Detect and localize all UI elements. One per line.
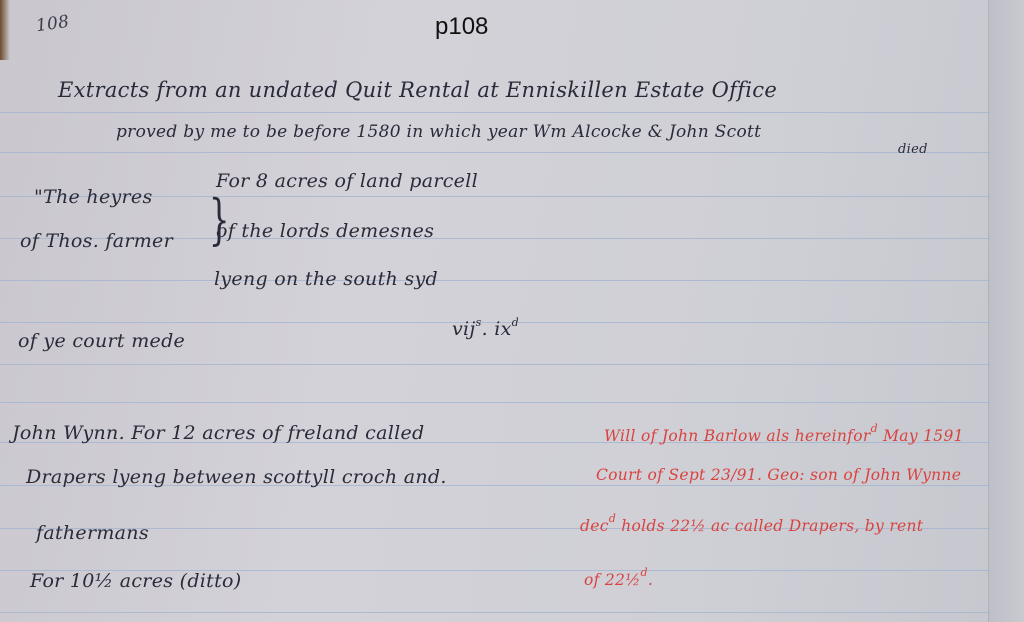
adjacent-page-edge: [988, 0, 1024, 622]
red-note-line-4: of 22½d.: [584, 566, 653, 589]
red-note-line-1-sup: d: [871, 422, 878, 435]
rent-d-sup: d: [512, 316, 519, 329]
rule-line: [0, 612, 990, 613]
entry1-desc-line-1: For 8 acres of land parcell: [216, 170, 478, 192]
rule-line: [0, 402, 990, 403]
rule-line: [0, 280, 990, 281]
entry1-desc-line-3: lyeng on the south syd: [214, 268, 438, 290]
page-label: p108: [435, 13, 488, 41]
heading-note-died: died: [898, 142, 928, 157]
entry1-rent: vijs. ixd: [452, 316, 519, 340]
entry1-tenant-line-1: "The heyres: [34, 186, 153, 208]
red-note-line-3-sup: d: [609, 512, 616, 525]
rule-line: [0, 364, 990, 365]
red-note-line-1-date: May 1591: [883, 427, 964, 445]
red-note-line-3-pre: dec: [580, 517, 609, 535]
binding-shadow: [0, 0, 10, 60]
rule-line: [0, 112, 990, 113]
entry1-tenant-line-2: of Thos. farmer: [20, 230, 173, 252]
entry2-line-3: fathermans: [36, 522, 149, 544]
entry2-line-1: John Wynn. For 12 acres of freland calle…: [12, 422, 425, 444]
red-note-line-4-text: of 22½: [584, 571, 641, 589]
rule-line: [0, 152, 990, 153]
notebook-page: p108 108 Extracts from an undated Quit R…: [0, 0, 1024, 622]
red-note-line-3: decd holds 22½ ac called Drapers, by ren…: [580, 512, 923, 535]
heading-line-1: Extracts from an undated Quit Rental at …: [58, 78, 777, 102]
entry2-line-2: Drapers lyeng between scottyll croch and…: [26, 466, 447, 488]
entry1-desc-line-2: of the lords demesnes: [216, 220, 434, 242]
rent-shillings: vij: [452, 318, 476, 340]
red-note-line-1-text: Will of John Barlow als hereinfor: [604, 427, 871, 445]
handwritten-page-number: 108: [35, 12, 71, 36]
red-note-line-4-end: .: [648, 571, 653, 589]
entry2-line-4: For 10½ acres (ditto): [30, 570, 242, 592]
red-note-line-3-text: holds 22½ ac called Drapers, by rent: [621, 517, 923, 535]
rent-pence: . ix: [482, 318, 512, 340]
red-note-line-4-sup: d: [641, 566, 648, 579]
heading-line-2: proved by me to be before 1580 in which …: [116, 122, 761, 142]
red-note-line-2: Court of Sept 23/91. Geo: son of John Wy…: [596, 466, 961, 484]
entry1-desc-line-4: of ye court mede: [18, 330, 185, 352]
red-note-line-1: Will of John Barlow als hereinford May 1…: [604, 422, 964, 445]
